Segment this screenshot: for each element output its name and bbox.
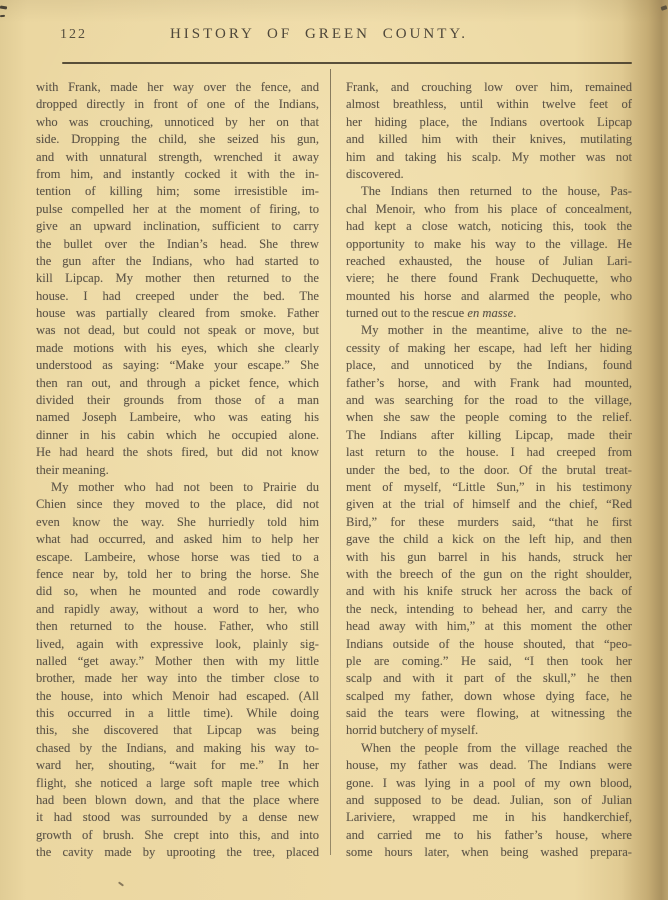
text-segment: her hiding place, the Indians overtook L… xyxy=(346,115,632,129)
text-segment: when she saw the people coming to the re… xyxy=(346,410,632,424)
text-line: opportunity to make his way to the villa… xyxy=(346,236,632,253)
text-segment: flight, she noticed a large soft maple t… xyxy=(36,776,319,790)
text-segment: side. Dropping the child, she seized his… xyxy=(36,132,319,146)
text-segment: Frank, and crouching low over him, remai… xyxy=(346,80,632,94)
text-segment: the house, into which Menoir had escaped… xyxy=(36,689,319,703)
right-column: Frank, and crouching low over him, remai… xyxy=(346,79,632,862)
text-segment: some hours later, when being washed prep… xyxy=(346,845,632,859)
text-segment: house. I had creeped under the bed. The xyxy=(36,289,319,303)
text-line: who was crouching, unnoticed by her on t… xyxy=(36,114,319,131)
text-line: My mother in the meantime, alive to the … xyxy=(346,322,632,339)
text-segment: had kept a close watch, noticing this, t… xyxy=(346,219,632,233)
text-segment: was not dead, but could not speak or mov… xyxy=(36,323,319,337)
text-segment: gave the child a kick on the left hip, a… xyxy=(346,532,632,546)
text-segment: who was crouching, unnoticed by her on t… xyxy=(36,115,319,129)
text-segment: and killed him with their knives, mutila… xyxy=(346,132,632,146)
text-segment: growth of brush. She crept into this, an… xyxy=(36,828,319,842)
text-segment: horrid butchery of myself. xyxy=(346,723,478,737)
text-segment: almost breathless, until within twelve f… xyxy=(346,97,632,111)
text-segment: the gun after the Indians, who had start… xyxy=(36,254,319,268)
text-line: the bullet over the Indian’s head. She t… xyxy=(36,236,319,253)
text-line: this occurred in a little time). While d… xyxy=(36,705,319,722)
text-segment: kill Lipcap. My mother then returned to … xyxy=(36,271,319,285)
text-segment: head away with him,” at this moment the … xyxy=(346,619,632,633)
text-line: with the breech of the gun on the right … xyxy=(346,566,632,583)
text-line: under the bed, to the door. Of the bruta… xyxy=(346,462,632,479)
text-line: lived, again with expressive look, plain… xyxy=(36,636,319,653)
text-segment: When the people from the village reached… xyxy=(361,741,632,755)
text-line: and carried me to his father’s house, wh… xyxy=(346,827,632,844)
text-line: turned out to the rescue en masse. xyxy=(346,305,632,322)
text-line: said the tears were flowing, at witnessi… xyxy=(346,705,632,722)
text-segment: place, and unnoticed by the Indians, fou… xyxy=(346,358,632,372)
text-line: flight, she noticed a large soft maple t… xyxy=(36,775,319,792)
column-divider xyxy=(330,69,331,855)
text-segment: cessity of making her escape, had left h… xyxy=(346,341,632,355)
text-line: her hiding place, the Indians overtook L… xyxy=(346,114,632,131)
text-segment: give an upward inclination, sufficient t… xyxy=(36,219,319,233)
text-segment: brother, made her way into the timber cl… xyxy=(36,671,319,685)
text-segment: viere; he there found Frank Dechuquette,… xyxy=(346,271,632,285)
text-line: the cavity made by uprooting the tree, p… xyxy=(36,844,319,861)
text-line: what had occurred, and asked him to help… xyxy=(36,531,319,548)
scan-artifact-top-left-1 xyxy=(0,6,7,10)
text-line: and killed him with their knives, mutila… xyxy=(346,131,632,148)
text-segment: Bird,” for these murders said, “that he … xyxy=(346,515,632,529)
text-line: mounted his horse and alarmed the people… xyxy=(346,288,632,305)
text-line: had been blown down, and that the place … xyxy=(36,792,319,809)
text-segment: My mother who had not been to Prairie du xyxy=(51,480,319,494)
text-line: had kept a close watch, noticing this, t… xyxy=(346,218,632,235)
text-line: chal Menoir, who from his place of conce… xyxy=(346,201,632,218)
text-line: then ran out, and through a picket fence… xyxy=(36,375,319,392)
text-segment: the cavity made by uprooting the tree, p… xyxy=(36,845,319,859)
text-line: when she saw the people coming to the re… xyxy=(346,409,632,426)
text-segment: Chien since they moved to the place, did… xyxy=(36,497,319,511)
text-segment: the bullet over the Indian’s head. She t… xyxy=(36,237,319,251)
text-segment: and with his knife struck her across the… xyxy=(346,584,632,598)
text-segment: scalped my father, down whose dying face… xyxy=(346,689,632,703)
text-line: the gun after the Indians, who had start… xyxy=(36,253,319,270)
text-line: The Indians then returned to the house, … xyxy=(346,183,632,200)
text-line: almost breathless, until within twelve f… xyxy=(346,96,632,113)
text-segment: My mother in the meantime, alive to the … xyxy=(361,323,632,337)
text-line: pulse compelled her at the moment of fir… xyxy=(36,201,319,218)
text-segment: ple are coming.” He said, “I then took h… xyxy=(346,654,632,668)
text-line: understood as saying: “Make your escape.… xyxy=(36,357,319,374)
text-segment: made motions with his eyes, which she cl… xyxy=(36,341,319,355)
text-segment: Indians outside of the house shouted, th… xyxy=(346,637,632,651)
text-line: and with unnatural strength, wrenched it… xyxy=(36,149,319,166)
text-segment: said the tears were flowing, at witnessi… xyxy=(346,706,632,720)
text-segment: it had stood was surrounded by a dense n… xyxy=(36,810,319,824)
text-segment: understood as saying: “Make your escape.… xyxy=(36,358,319,372)
text-segment: gone. I was lying in a pool of my own bl… xyxy=(346,776,632,790)
text-line: scalped my father, down whose dying face… xyxy=(346,688,632,705)
text-segment: and supposed to be dead. Julian, son of … xyxy=(346,793,632,807)
text-line: even know the way. She hurriedly told hi… xyxy=(36,514,319,531)
text-line: place, and unnoticed by the Indians, fou… xyxy=(346,357,632,374)
text-line: it had stood was surrounded by a dense n… xyxy=(36,809,319,826)
text-segment: nalled “get away.” Mother then with my l… xyxy=(36,654,319,668)
text-segment: ward her, shouting, “wait for me.” In he… xyxy=(36,758,319,772)
text-line: with his gun barrel in his hands, struck… xyxy=(346,549,632,566)
text-segment: and carried me to his father’s house, wh… xyxy=(346,828,632,842)
text-segment: He had heard the shots fired, but did no… xyxy=(36,445,319,459)
text-segment: and was searching for the road to the vi… xyxy=(346,393,632,407)
text-segment: father’s horse, and with Frank had mount… xyxy=(346,376,632,390)
text-line: father’s horse, and with Frank had mount… xyxy=(346,375,632,392)
text-line: did so, when he mounted and rode cowardl… xyxy=(36,583,319,600)
text-line: named Joseph Lambeire, who was eating hi… xyxy=(36,409,319,426)
left-column: with Frank, made her way over the fence,… xyxy=(36,79,319,862)
text-segment: divided their grounds from those of a ma… xyxy=(36,393,319,407)
text-line: this, she discovered that Lipcap was bei… xyxy=(36,722,319,739)
text-line: some hours later, when being washed prep… xyxy=(346,844,632,861)
text-line: last return to the house. I had creeped … xyxy=(346,444,632,461)
text-segment: even know the way. She hurriedly told hi… xyxy=(36,515,319,529)
text-segment: turned out to the rescue xyxy=(346,306,467,320)
text-line: ple are coming.” He said, “I then took h… xyxy=(346,653,632,670)
text-segment: named Joseph Lambeire, who was eating hi… xyxy=(36,410,319,424)
text-line: from him, and instantly cocked it with t… xyxy=(36,166,319,183)
text-segment: ment of myself, “Little Sun,” in his tes… xyxy=(346,480,632,494)
text-line: the house, into which Menoir had escaped… xyxy=(36,688,319,705)
text-line: reached exhausted, the house of Julian L… xyxy=(346,253,632,270)
text-segment: did so, when he mounted and rode cowardl… xyxy=(36,584,319,598)
text-segment: opportunity to make his way to the villa… xyxy=(346,237,632,251)
text-line: He had heard the shots fired, but did no… xyxy=(36,444,319,461)
text-line: escape. Lambeire, whose horse was tied t… xyxy=(36,549,319,566)
text-line: their meaning. xyxy=(36,462,319,479)
text-segment: under the bed, to the door. Of the bruta… xyxy=(346,463,632,477)
text-segment: fence near by, told her to bring the hor… xyxy=(36,567,319,581)
text-segment: given at the trial of himself and the ch… xyxy=(346,497,632,511)
text-line: chased by the Indians, and making his wa… xyxy=(36,740,319,757)
text-line: house, my father was dead. The Indians w… xyxy=(346,757,632,774)
text-segment: chased by the Indians, and making his wa… xyxy=(36,741,319,755)
text-segment: dinner in his cabin which he occupied al… xyxy=(36,428,319,442)
scan-artifact-top-left-2 xyxy=(0,15,5,18)
text-line: Lariviere, wrapped me in his handkerchie… xyxy=(346,809,632,826)
text-line: then returned to the house. Father, who … xyxy=(36,618,319,635)
text-segment: discovered. xyxy=(346,167,404,181)
text-line: Chien since they moved to the place, did… xyxy=(36,496,319,513)
text-segment: pulse compelled her at the moment of fir… xyxy=(36,202,319,216)
text-segment: the neck, intending to behead her, and c… xyxy=(346,602,632,616)
text-segment: with Frank, made her way over the fence,… xyxy=(36,80,319,94)
text-segment: had been blown down, and that the place … xyxy=(36,793,319,807)
text-segment: this, she discovered that Lipcap was bei… xyxy=(36,723,319,737)
text-line: and supposed to be dead. Julian, son of … xyxy=(346,792,632,809)
text-segment: dropped directly in front of one of the … xyxy=(36,97,319,111)
text-line: house. I had creeped under the bed. The xyxy=(36,288,319,305)
text-line: Frank, and crouching low over him, remai… xyxy=(346,79,632,96)
text-segment: reached exhausted, the house of Julian L… xyxy=(346,254,632,268)
text-segment: Lariviere, wrapped me in his handkerchie… xyxy=(346,810,632,824)
text-segment: and with unnatural strength, wrenched it… xyxy=(36,150,319,164)
text-segment: scalp and with it part of the skull,” he… xyxy=(346,671,632,685)
text-line: house was partially cleared from smoke. … xyxy=(36,305,319,322)
text-segment: lived, again with expressive look, plain… xyxy=(36,637,319,651)
text-segment: The Indians after killing Lipcap, made t… xyxy=(346,428,632,442)
book-page: 122 HISTORY OF GREEN COUNTY. with Frank,… xyxy=(0,0,668,900)
text-line: and with his knife struck her across the… xyxy=(346,583,632,600)
text-line: dropped directly in front of one of the … xyxy=(36,96,319,113)
text-line: side. Dropping the child, she seized his… xyxy=(36,131,319,148)
text-line: horrid butchery of myself. xyxy=(346,722,632,739)
text-line: Bird,” for these murders said, “that he … xyxy=(346,514,632,531)
scan-artifact-top-right xyxy=(661,5,668,11)
text-segment: escape. Lambeire, whose horse was tied t… xyxy=(36,550,319,564)
page-title: HISTORY OF GREEN COUNTY. xyxy=(0,26,638,43)
text-line: When the people from the village reached… xyxy=(346,740,632,757)
text-segment: last return to the house. I had creeped … xyxy=(346,445,632,459)
text-line: gave the child a kick on the left hip, a… xyxy=(346,531,632,548)
text-line: tention of killing him; some irresistibl… xyxy=(36,183,319,200)
text-line: ward her, shouting, “wait for me.” In he… xyxy=(36,757,319,774)
text-segment: this occurred in a little time). While d… xyxy=(36,706,319,720)
text-segment: . xyxy=(513,306,516,320)
text-line: head away with him,” at this moment the … xyxy=(346,618,632,635)
text-segment-italic: en masse xyxy=(467,306,513,320)
text-columns: with Frank, made her way over the fence,… xyxy=(36,79,632,862)
text-line: and was searching for the road to the vi… xyxy=(346,392,632,409)
text-segment: then returned to the house. Father, who … xyxy=(36,619,319,633)
text-segment: what had occurred, and asked him to help… xyxy=(36,532,319,546)
text-line: kill Lipcap. My mother then returned to … xyxy=(36,270,319,287)
text-line: Indians outside of the house shouted, th… xyxy=(346,636,632,653)
text-line: viere; he there found Frank Dechuquette,… xyxy=(346,270,632,287)
text-segment: and rapidly away, without a word to her,… xyxy=(36,602,319,616)
text-segment: chal Menoir, who from his place of conce… xyxy=(346,202,632,216)
text-line: growth of brush. She crept into this, an… xyxy=(36,827,319,844)
text-line: with Frank, made her way over the fence,… xyxy=(36,79,319,96)
text-line: scalp and with it part of the skull,” he… xyxy=(346,670,632,687)
text-line: the neck, intending to behead her, and c… xyxy=(346,601,632,618)
text-line: discovered. xyxy=(346,166,632,183)
text-line: dinner in his cabin which he occupied al… xyxy=(36,427,319,444)
text-line: made motions with his eyes, which she cl… xyxy=(36,340,319,357)
text-segment: mounted his horse and alarmed the people… xyxy=(346,289,632,303)
text-segment: tention of killing him; some irresistibl… xyxy=(36,184,319,198)
text-line: divided their grounds from those of a ma… xyxy=(36,392,319,409)
text-line: ment of myself, “Little Sun,” in his tes… xyxy=(346,479,632,496)
text-line: was not dead, but could not speak or mov… xyxy=(36,322,319,339)
text-segment: with his gun barrel in his hands, struck… xyxy=(346,550,632,564)
text-line: brother, made her way into the timber cl… xyxy=(36,670,319,687)
text-line: give an upward inclination, sufficient t… xyxy=(36,218,319,235)
text-line: cessity of making her escape, had left h… xyxy=(346,340,632,357)
text-line: him and taking his scalp. My mother was … xyxy=(346,149,632,166)
text-segment: house, my father was dead. The Indians w… xyxy=(346,758,632,772)
text-segment: him and taking his scalp. My mother was … xyxy=(346,150,632,164)
text-line: The Indians after killing Lipcap, made t… xyxy=(346,427,632,444)
text-line: given at the trial of himself and the ch… xyxy=(346,496,632,513)
text-line: fence near by, told her to bring the hor… xyxy=(36,566,319,583)
text-segment: their meaning. xyxy=(36,463,109,477)
text-line: nalled “get away.” Mother then with my l… xyxy=(36,653,319,670)
text-segment: The Indians then returned to the house, … xyxy=(361,184,632,198)
text-line: gone. I was lying in a pool of my own bl… xyxy=(346,775,632,792)
text-segment: then ran out, and through a picket fence… xyxy=(36,376,319,390)
scan-artifact-bottom xyxy=(118,881,124,886)
header-rule xyxy=(62,62,632,64)
text-segment: with the breech of the gun on the right … xyxy=(346,567,632,581)
text-segment: house was partially cleared from smoke. … xyxy=(36,306,319,320)
text-line: My mother who had not been to Prairie du xyxy=(36,479,319,496)
text-segment: from him, and instantly cocked it with t… xyxy=(36,167,319,181)
text-line: and rapidly away, without a word to her,… xyxy=(36,601,319,618)
